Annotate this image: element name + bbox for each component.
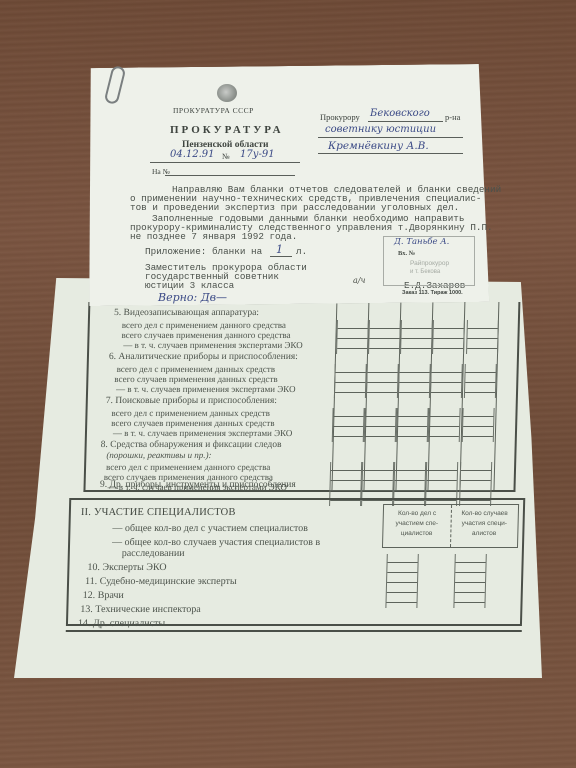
addressee-underline-1 [368, 121, 443, 122]
addressee-underline-3 [318, 153, 463, 154]
row-7-title: 7. Поисковые приборы и приспособления: [106, 396, 277, 407]
entry-cell-group [465, 320, 500, 354]
row-13: 13. Технические инспектора [80, 604, 201, 615]
entry-cell-group [463, 364, 498, 398]
row-11: 11. Судебно-медицинские эксперты [85, 576, 237, 587]
entry-cell-group [427, 408, 462, 442]
stamp-line-4: и т. Бекова [410, 269, 440, 275]
row-6-title: 6. Аналитические приборы и приспособлени… [109, 352, 298, 363]
addressee-line-2: советнику юстиции [325, 124, 436, 135]
specialists-column-headers: Кол-во дел с участием спе-циалистов Кол-… [382, 504, 519, 548]
letter-number: 17у-91 [240, 149, 275, 160]
attachment-count: 1 [276, 243, 283, 256]
addressee-line-3: Кремнёвкину А.В. [328, 140, 429, 152]
signature: Верно: Дв— [158, 291, 227, 304]
row-7-line-3: — в т. ч. случаев применения экспертами … [113, 428, 293, 439]
entry-cell-group [335, 320, 370, 354]
row-9-title: 9. Др. приборы, инструменты и приспособл… [100, 480, 296, 491]
row-10: 10. Эксперты ЭКО [87, 562, 166, 573]
row-5-title: 5. Видеозаписывающая аппаратура: [114, 308, 259, 319]
entry-cell-group [333, 364, 368, 398]
addressee-prefix: Прокурору [320, 112, 360, 122]
row-14: 14. Др. специалисты [78, 618, 165, 629]
print-info: Заказ 113. Тираж 1000. [402, 290, 463, 296]
total-participations-line-2: расследовании [122, 548, 185, 559]
initials: а/ч [353, 276, 365, 285]
attachment-label: Приложение: бланки на [145, 246, 262, 257]
entry-cell-group [399, 320, 434, 354]
date-underline [150, 162, 300, 163]
entry-cell-group [367, 320, 402, 354]
addressee-underline-2 [318, 137, 463, 138]
total-participations-line-1: — общее кол-во случаев участия специалис… [112, 537, 320, 548]
addressee-suffix: р-на [445, 112, 460, 122]
reference-underline [165, 175, 295, 176]
org-title: ПРОКУРАТУРА [170, 124, 284, 136]
entry-cell-group [331, 408, 366, 442]
header-participations-count: Кол-во случаев участия специ-алистов [449, 505, 518, 547]
entry-cell-group [365, 364, 400, 398]
report-form: 5. Видеозаписывающая аппаратура: всего д… [66, 300, 535, 640]
entry-cell-group [431, 320, 466, 354]
entry-cell-group [429, 364, 464, 398]
body-p2-line-3: не позднее 7 января 1992 года. [130, 231, 297, 242]
body-p1-line-3: тов и проведении экспертиз при расследов… [130, 202, 459, 213]
header-cases-count: Кол-во дел с участием спе-циалистов [383, 505, 451, 547]
signer-title-3: юстиции 3 класса [145, 280, 234, 291]
entry-cell-group [363, 408, 398, 442]
row-12: 12. Врачи [83, 590, 124, 601]
letter-date: 04.12.91 [170, 149, 215, 160]
attachment-unit: л. [296, 246, 307, 257]
entry-cell-group [395, 408, 430, 442]
number-label: № [222, 152, 230, 161]
addressee-district: Бековского [370, 108, 430, 119]
stamp-handwritten: Д. Таньбе А. [394, 237, 449, 247]
stamp-line-3: Райпрокурор [410, 260, 449, 267]
entry-cell-group [452, 554, 487, 608]
ussr-emblem-icon [217, 84, 237, 102]
section-2-title: II. УЧАСТИЕ СПЕЦИАЛИСТОВ [81, 507, 236, 518]
total-cases-line: — общее кол-во дел с участием специалист… [112, 523, 308, 534]
entry-cell-group [397, 364, 432, 398]
org-line: ПРОКУРАТУРА СССР [173, 106, 254, 115]
entry-cell-group [461, 408, 496, 442]
row-5-line-3: — в т. ч. случаев применения экспертами … [123, 340, 303, 351]
attachment-underline [270, 256, 292, 257]
row-8-subtitle: (порошки, реактивы и пр.): [106, 450, 212, 461]
stamp-number-label: Вх. № [398, 250, 415, 257]
row-6-line-3: — в т. ч. случаев применения экспертами … [116, 384, 296, 395]
entry-cell-group [384, 554, 419, 608]
